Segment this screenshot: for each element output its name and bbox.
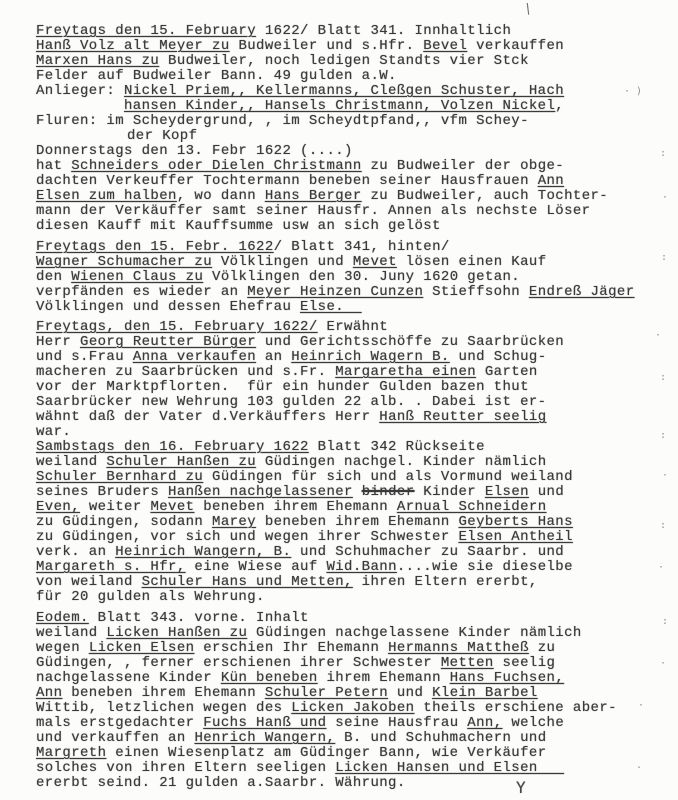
text-line: Freytags den 15. February 1622/ Blatt 34… [36,24,672,39]
text-segment: erschien Ihr Ehemann [194,640,388,656]
text-segment: seine Hausfrau [326,715,467,731]
underlined-name: Else. [300,299,362,315]
text-segment: hat [36,158,71,174]
underlined-name: Schneiders oder Dielen Christmann [71,158,361,174]
text-segment: Budweiler und s.Hfr. [230,38,424,54]
paragraph-block: Freytags den 15. February 1622/ Blatt 34… [36,24,672,234]
text-line: Hanß Volz alt Meyer zu Budweiler und s.H… [36,39,672,54]
text-segment: war. [36,424,71,440]
text-line: Felder auf Budweiler Bann. 49 gulden a.W… [36,69,672,84]
underlined-name: Heinrich Wagern B. [291,349,449,365]
text-line: Margareth s. Hfr, eine Wiese auf Wid.Ban… [36,560,672,575]
text-segment: , wo dann [177,188,265,204]
scan-artifact-mark: · [662,470,668,481]
text-segment: Budweiler, noch ledigen Standts vier Stc… [159,53,529,69]
text-segment: Völklingen und [212,254,353,270]
text-line: war. [36,425,672,440]
underlined-name: Metten [441,655,494,671]
text-segment: und Gerichtsschöffe zu Saarbrücken [256,334,564,350]
underlined-name: Wagner Schumacher zu [36,254,212,270]
underlined-name: Elsen zum halben [36,188,177,204]
text-line: und verkauffen an Henrich Wangern, B. un… [36,731,672,746]
text-segment: verpfänden es wieder an [36,284,247,300]
text-segment: der Kopf [127,128,197,144]
text-segment: beneben ihrem Ehemann [62,685,264,701]
text-line: hat Schneiders oder Dielen Christmann zu… [36,159,672,174]
text-segment: theils erschiene aber- [414,700,616,716]
text-segment: den [36,269,71,285]
text-segment: Güdingen für sich und als Vormund weilan… [203,469,573,485]
underlined-name: hansen Kinder,, Hansels Christmann, Volz… [124,98,555,114]
text-line: ererbt seind. 21 gulden a.Saarbr. Währun… [36,776,672,791]
text-segment: und Schuhmacher zu Saarbr. und [291,544,564,560]
underlined-name: Hanßen nachgelassener [168,484,353,500]
text-segment: B. und Schuhmachern und [335,730,546,746]
underlined-name: Mevet [353,254,397,270]
text-segment: Herr [36,334,80,350]
scan-artifact-mark: · [655,330,661,341]
underlined-name: Meyer Heinzen Cunzen [247,284,423,300]
underlined-name: Sambstags den 16. February 1622 [36,439,309,455]
scan-artifact-mark: · [658,562,664,573]
text-segment: zu Budweiler, auch Tochter- [362,188,608,204]
text-line: von weiland Schuler Hans und Metten, ihr… [36,575,672,590]
text-line: mann der Verkäuffer samt seiner Hausfr. … [36,204,672,219]
text-segment: einen Wiesenplatz am Güdinger Bann, wie … [106,745,546,761]
underlined-name: Henrich Wangern, [194,730,335,746]
text-line: Wagner Schumacher zu Völklingen und Meve… [36,255,672,270]
scan-artifact-mark: : [660,430,666,441]
underlined-name: Kün beneben [221,670,318,686]
underlined-name: Hanß Volz alt Meyer zu [36,38,230,54]
underlined-name: Licken Hansen und Elsen [335,760,564,776]
text-segment [353,484,362,500]
text-segment: beneben ihrem Ehemann [256,514,458,530]
text-segment: Felder auf Budweiler Bann. 49 gulden a.W… [36,68,397,84]
paragraph-block: Freytags den 15. Febr. 1622/ Blatt 341, … [36,240,672,315]
underlined-name: Hans Fuchsen, [450,670,564,686]
text-segment: und [388,685,432,701]
text-segment: Güdingen nachgelassene Kinder nämlich [247,625,581,641]
text-line: Ann beneben ihrem Ehemann Schuler Petern… [36,686,672,701]
underlined-name: Wid.Bann [326,559,396,575]
document-text: Freytags den 15. February 1622/ Blatt 34… [36,24,672,791]
handwritten-mark: Y [516,778,526,797]
text-segment: Garten [476,364,538,380]
underlined-name: Nickel Priem,, Kellermanns, Cleßgen Schu… [124,83,564,99]
text-segment: Erwähnt [318,319,388,335]
text-segment: 1622/ Blatt 341. Innhaltlich [256,23,511,39]
underlined-name: Licken Elsen [89,640,195,656]
text-line: seines Bruders Hanßen nachgelassener bin… [36,485,672,500]
text-line: den Wienen Claus zu Völklingen den 30. J… [36,270,672,285]
text-segment: zu [529,640,555,656]
text-segment: ererbt seind. 21 gulden a.Saarbr. Währun… [36,775,406,791]
text-segment: seines Bruders [36,484,168,500]
scan-artifact-mark: · [660,658,666,669]
text-line: Herr Georg Reutter Bürger und Gerichtssc… [36,335,672,350]
text-line: weiland Licken Hanßen zu Güdingen nachge… [36,626,672,641]
text-line: verpfänden es wieder an Meyer Heinzen Cu… [36,285,672,300]
text-segment: welche [503,715,565,731]
text-segment: und [529,484,564,500]
text-line: Anlieger: Nickel Priem,, Kellermanns, Cl… [36,84,672,99]
underlined-name: Fuchs Hanß und [203,715,326,731]
text-segment: Kinder [415,484,485,500]
text-line: solches von ihren Eltern seeligen Licken… [36,761,672,776]
underlined-name: Ann [36,685,62,701]
underlined-name: Wienen Claus zu [71,269,203,285]
text-line: Margreth einen Wiesenplatz am Güdinger B… [36,746,672,761]
text-line: vor der Marktpflorten. für ein hunder Gu… [36,380,672,395]
text-segment: und s.Frau [36,349,133,365]
scanned-document-page: Freytags den 15. February 1622/ Blatt 34… [0,0,678,800]
text-segment: und Schug- [450,349,547,365]
underlined-name: Arnual Schneidern [397,499,547,515]
scan-artifact-mark: : [660,520,666,531]
paragraph-block: Sambstags den 16. February 1622 Blatt 34… [36,440,672,605]
text-segment: nachgelassene Kinder [36,670,221,686]
text-segment: Blatt 342 Rückseite [309,439,485,455]
text-line: Freytags den 15. Febr. 1622/ Blatt 341, … [36,240,672,255]
scan-artifact-mark: . [636,760,642,771]
underlined-name: Hans Berger [265,188,362,204]
text-line: Schuler Bernhard zu Güdingen für sich un… [36,470,672,485]
text-segment: verkauffen [467,38,564,54]
text-segment: mals erstgedachter [36,715,203,731]
underlined-name: Marey [212,514,256,530]
underlined-name: Margreth [36,745,106,761]
text-segment: solches von ihren Eltern seeligen [36,760,335,776]
underlined-name: Hermanns Mattheß [388,640,529,656]
text-segment: wähnt daß der Vater d.Verkäuffers Herr [36,409,379,425]
text-segment: an [256,349,291,365]
underlined-name: Licken Hanßen zu [106,625,247,641]
text-segment: wegen [36,640,89,656]
underlined-name: Even, [36,499,80,515]
text-segment: Güdingen, , ferner erschienen ihrer Schw… [36,655,441,671]
text-segment: weiland [36,454,106,470]
underlined-name: Hanß Reutter seelig [379,409,546,425]
underlined-name: Mevet [150,499,194,515]
text-segment: vor der Marktpflorten. für ein hunder Gu… [36,379,529,395]
underlined-name: Margaretha einen [335,364,476,380]
scan-artifact-mark: · ) [624,86,642,97]
text-segment: / Blatt 341, hinten/ [274,239,450,255]
text-segment: Blatt 343. vorne. Inhalt [89,610,309,626]
text-line: für 20 gulden als Wehrung. [36,590,672,605]
underlined-name: Endreß Jäger [529,284,635,300]
text-segment: Anlieger: [36,83,124,99]
text-segment: Stieffsohn [423,284,529,300]
paragraph-block: Eodem. Blatt 343. vorne. Inhaltweiland L… [36,611,672,791]
underlined-name: Bevel [423,38,467,54]
text-line: wegen Licken Elsen erschien Ihr Ehemann … [36,641,672,656]
text-segment: Völklingen und dessen Ehefrau [36,299,300,315]
underlined-name: Heinrich Wangern, B. [115,544,291,560]
text-line: weiland Schuler Hanßen zu Güdingen nachg… [36,455,672,470]
text-line: Saarbrücker new Wehrung 103 gulden 22 al… [36,395,672,410]
text-segment: , [555,98,564,114]
text-line: Marxen Hans zu Budweiler, noch ledigen S… [36,54,672,69]
text-segment: eine Wiese auf [186,559,327,575]
text-segment: ihren Eltern ererbt, [353,574,538,590]
text-segment: seelig [494,655,556,671]
underlined-name: Licken Jakoben [291,700,414,716]
struck-word: binder [362,484,415,500]
scan-artifact-mark: : [662,616,668,627]
underlined-name: Schuler Petern [265,685,388,701]
paragraph-block: Freytags, den 15. February 1622/ Erwähnt… [36,320,672,440]
underlined-name: Ann, [467,715,502,731]
text-line: verk. an Heinrich Wangern, B. und Schuhm… [36,545,672,560]
scan-artifact-mark: : [660,148,666,159]
scan-artifact-mark: · [662,192,668,203]
text-segment: weiter [80,499,150,515]
text-segment: zu Güdingen, vor sich und wegen ihrer Sc… [36,529,458,545]
text-segment: macheren zu Saarbrücken und s.Fr. [36,364,335,380]
underlined-name: Margareth s. Hfr, [36,559,186,575]
text-segment: weiland [36,625,106,641]
underlined-name: Anna verkaufen [133,349,256,365]
scan-artifact-mark: : [660,372,666,383]
text-line: nachgelassene Kinder Kün beneben ihrem E… [36,671,672,686]
text-line: hansen Kinder,, Hansels Christmann, Volz… [36,99,672,114]
underlined-name: Schuler Bernhard zu [36,469,203,485]
text-segment: zu Güdingen, sodann [36,514,212,530]
underlined-name: Eodem. [36,610,89,626]
text-line: und s.Frau Anna verkaufen an Heinrich Wa… [36,350,672,365]
text-line: Sambstags den 16. February 1622 Blatt 34… [36,440,672,455]
text-segment: Fluren: im Scheydergrund, , im Scheydtpf… [36,113,529,129]
underlined-name: Elsen Antheil [458,529,572,545]
underlined-name: Freytags, den 15. February 1622/ [36,319,318,335]
scan-artifact-mark: : [661,252,667,263]
text-segment: für 20 gulden als Wehrung. [36,589,265,605]
underlined-name: Georg Reutter Bürger [80,334,256,350]
underlined-name: Freytags den 15. February [36,23,256,39]
text-line: Fluren: im Scheydergrund, , im Scheydtpf… [36,114,672,129]
underlined-name: Schuler Hans und Metten, [142,574,353,590]
underlined-name: Schuler Hanßen zu [106,454,256,470]
text-line: Eodem. Blatt 343. vorne. Inhalt [36,611,672,626]
underlined-name: Elsen [485,484,529,500]
text-segment: Wittib, letzlichen wegen des [36,700,291,716]
text-line: macheren zu Saarbrücken und s.Fr. Margar… [36,365,672,380]
text-segment: dachten Verkeuffer Tochtermann beneben s… [36,173,538,189]
text-line: Freytags, den 15. February 1622/ Erwähnt [36,320,672,335]
underlined-name: Freytags den 15. Febr. 1622 [36,239,274,255]
text-line: dachten Verkeuffer Tochtermann beneben s… [36,174,672,189]
text-line: Even, weiter Mevet beneben ihrem Ehemann… [36,500,672,515]
text-segment: ihrem Ehemann [318,670,450,686]
text-segment: ....wie sie dieselbe [397,559,573,575]
text-segment: Güdingen nachgel. Kinder nämlich [256,454,546,470]
text-segment: beneben ihrem Ehemann [194,499,396,515]
text-segment: lösen einen Kauf [397,254,547,270]
text-segment: zu Budweiler der obge- [362,158,564,174]
underlined-name: Marxen Hans zu [36,53,159,69]
text-segment: Saarbrücker new Wehrung 103 gulden 22 al… [36,394,546,410]
text-segment: diesen Kauff mit Kauffsumme usw an sich … [36,218,441,234]
text-segment: mann der Verkäuffer samt seiner Hausfr. … [36,203,591,219]
text-line: Güdingen, , ferner erschienen ihrer Schw… [36,656,672,671]
underlined-name: Ann [538,173,564,189]
text-segment: verk. an [36,544,115,560]
text-line: Elsen zum halben, wo dann Hans Berger zu… [36,189,672,204]
text-line: der Kopf [36,129,672,144]
text-segment: Völklingen den 30. Juny 1620 getan. [203,269,520,285]
text-line: wähnt daß der Vater d.Verkäuffers Herr H… [36,410,672,425]
text-line: zu Güdingen, sodann Marey beneben ihrem … [36,515,672,530]
text-line: diesen Kauff mit Kauffsumme usw an sich … [36,219,672,234]
text-segment: und verkauffen an [36,730,194,746]
underlined-name: Klein Barbel [432,685,538,701]
text-line: Wittib, letzlichen wegen des Licken Jako… [36,701,672,716]
scan-artifact-mark: · [638,700,644,711]
text-line: zu Güdingen, vor sich und wegen ihrer Sc… [36,530,672,545]
text-line: mals erstgedachter Fuchs Hanß und seine … [36,716,672,731]
underlined-name: Geyberts Hans [458,514,572,530]
scan-artifact-mark: \ [522,1,534,18]
text-line: Völklingen und dessen Ehefrau Else. [36,300,672,315]
text-line: Donnerstags den 13. Febr 1622 (....) [36,144,672,159]
text-segment: von weiland [36,574,142,590]
text-segment: Donnerstags den 13. Febr 1622 (....) [36,143,353,159]
